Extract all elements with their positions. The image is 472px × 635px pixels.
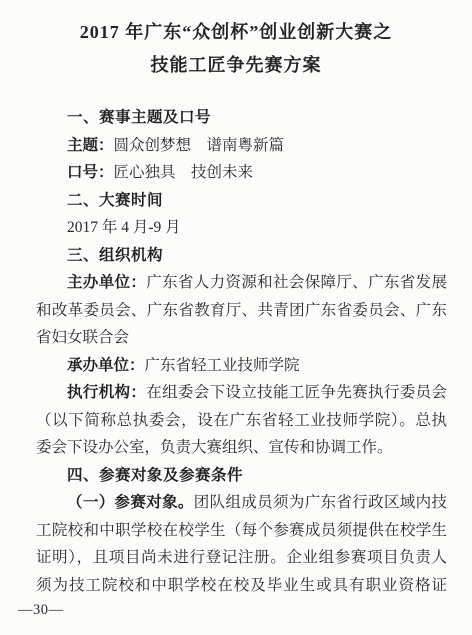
section-heading-participants: 四、参赛对象及参赛条件 [36,462,447,490]
document-title: 2017 年广东“众创杯”创业创新大赛之 技能工匠争先赛方案 [0,16,472,82]
title-line-2: 技能工匠争先赛方案 [0,49,472,82]
host-label: 主办单位： [67,274,146,291]
target-line-4: 须为技工院校和中职学校在校及毕业生或具有职业资格证 [36,572,447,600]
host-line-2: 和改革委员会、广东省教育厅、共青团广东省委员会、广东 [36,297,447,325]
slogan-label: 口号： [67,164,114,181]
undertaker-text: 广东省轻工业技师学院 [145,357,300,374]
target-label: （一）参赛对象。 [67,494,194,511]
target-text-1: 团队组成员须为广东省行政区域内技 [194,494,447,511]
target-line-2: 工院校和中职学校在校学生（每个参赛成员须提供在校学生 [36,517,447,545]
executor-line-2: （以下简称总执委会，设在广东省轻工业技师学院）。总执 [36,407,447,435]
host-line-3: 省妇女联合会 [36,324,447,352]
slogan-text: 匠心独具 技创未来 [114,164,254,181]
executor-line-3: 委会下设办公室，负责大赛组织、宣传和协调工作。 [36,434,447,462]
section-heading-time: 二、大赛时间 [36,187,447,215]
slogan-line: 口号：匠心独具 技创未来 [36,159,447,187]
document-page: 2017 年广东“众创杯”创业创新大赛之 技能工匠争先赛方案 一、赛事主题及口号… [0,0,472,635]
executor-label: 执行机构： [67,384,146,401]
date-range-line: 2017 年 4 月-9 月 [36,214,447,242]
target-line-3: 证明），且项目尚未进行登记注册。企业组参赛项目负责人 [36,544,447,572]
undertaker-line: 承办单位：广东省轻工业技师学院 [36,352,447,380]
host-line-1: 主办单位：广东省人力资源和社会保障厅、广东省发展 [36,269,447,297]
page-number: —30— [18,601,64,619]
theme-label: 主题： [67,137,114,154]
host-text-1: 广东省人力资源和社会保障厅、广东省发展 [146,274,447,291]
section-heading-organization: 三、组织机构 [36,242,447,270]
theme-text: 圆众创梦想 谱南粤新篇 [114,137,285,154]
undertaker-label: 承办单位： [67,357,145,374]
target-line-1: （一）参赛对象。团队组成员须为广东省行政区域内技 [36,489,447,517]
executor-line-1: 执行机构：在组委会下设立技能工匠争先赛执行委员会 [36,379,447,407]
theme-line: 主题：圆众创梦想 谱南粤新篇 [36,132,447,160]
title-line-1: 2017 年广东“众创杯”创业创新大赛之 [0,16,472,49]
document-body: 一、赛事主题及口号 主题：圆众创梦想 谱南粤新篇 口号：匠心独具 技创未来 二、… [36,104,447,599]
executor-text-1: 在组委会下设立技能工匠争先赛执行委员会 [146,384,447,401]
section-heading-theme: 一、赛事主题及口号 [36,104,447,132]
